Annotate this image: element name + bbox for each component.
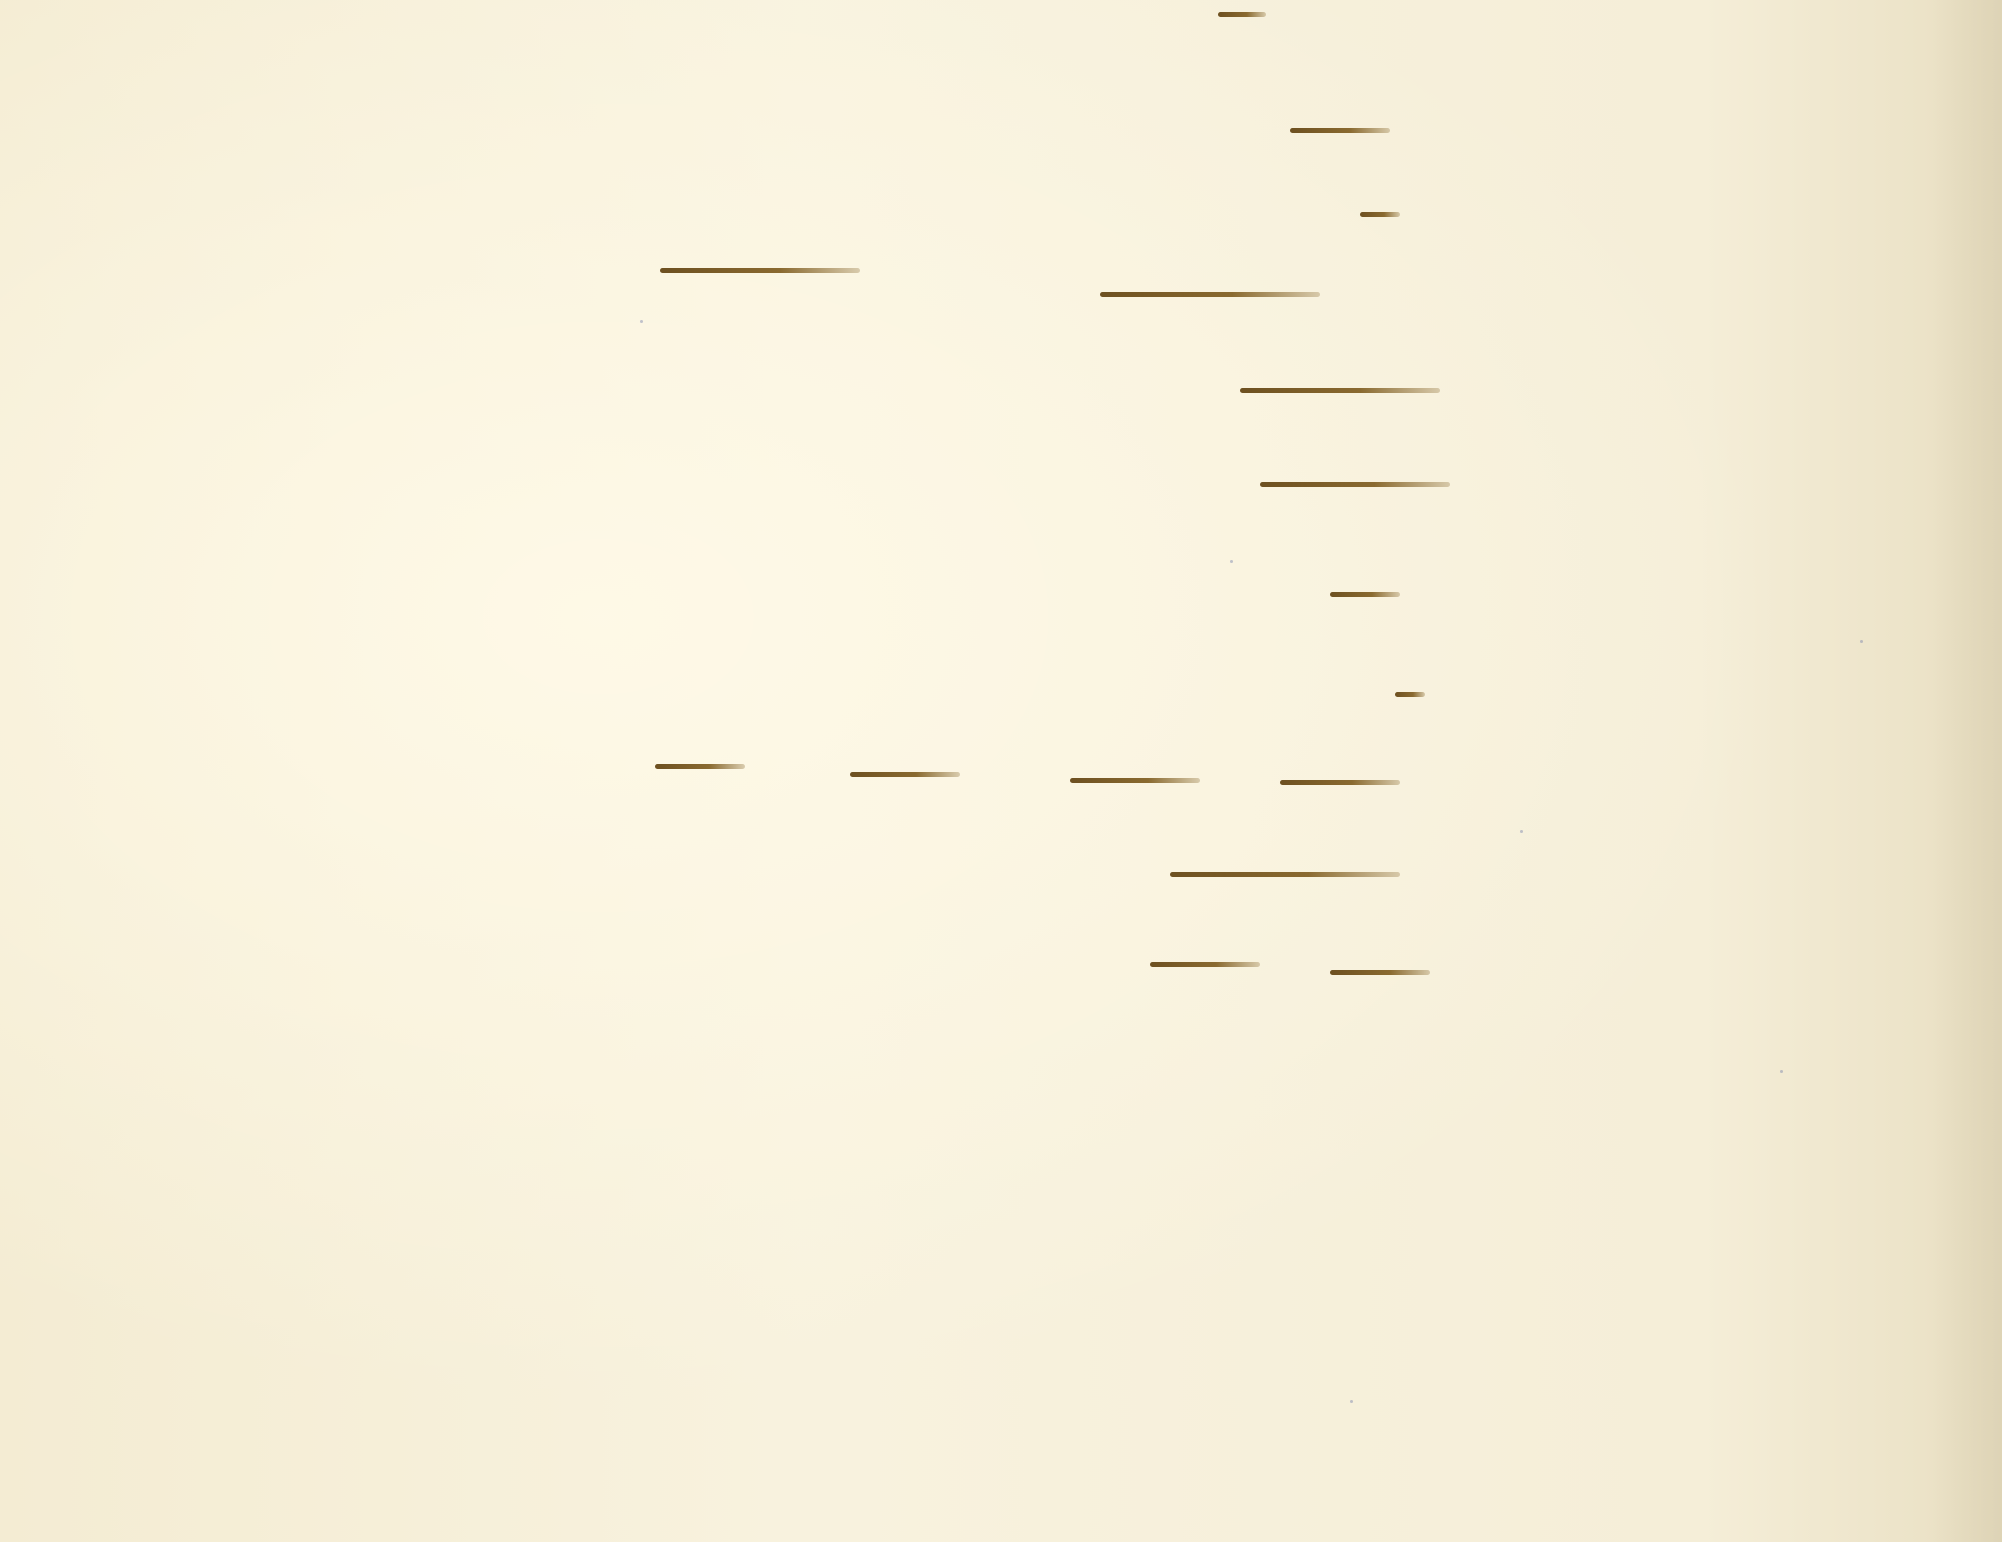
leader-dash — [1280, 780, 1400, 785]
ledger-row — [0, 720, 2002, 800]
leader-dash — [660, 268, 860, 273]
leader-dash — [1360, 212, 1400, 217]
ledger-row — [0, 220, 2002, 300]
leader-dash — [1070, 778, 1200, 783]
leader-dash — [1150, 962, 1260, 967]
paper-speck — [1780, 1070, 1783, 1073]
leader-dash — [655, 764, 745, 769]
ledger-row — [0, 420, 2002, 500]
leader-dash — [1218, 12, 1266, 17]
ledger-row — [0, 620, 2002, 700]
ledger-row — [0, 900, 2002, 980]
leader-dash — [850, 772, 960, 777]
leader-dash — [1395, 692, 1425, 697]
ledger-row-partial — [0, 0, 2002, 42]
leader-dash — [1330, 592, 1400, 597]
ledger-row — [0, 320, 2002, 400]
ledger-row — [0, 520, 2002, 600]
leader-dash — [1330, 970, 1430, 975]
ledger-row — [0, 130, 2002, 210]
manuscript-page — [0, 0, 2002, 1542]
leader-dash — [1170, 872, 1400, 877]
leader-dash — [1100, 292, 1320, 297]
ledger-row — [0, 810, 2002, 890]
paper-speck — [1350, 1400, 1353, 1403]
leader-dash — [1260, 482, 1450, 487]
leader-dash — [1240, 388, 1440, 393]
ledger-row — [0, 40, 2002, 120]
